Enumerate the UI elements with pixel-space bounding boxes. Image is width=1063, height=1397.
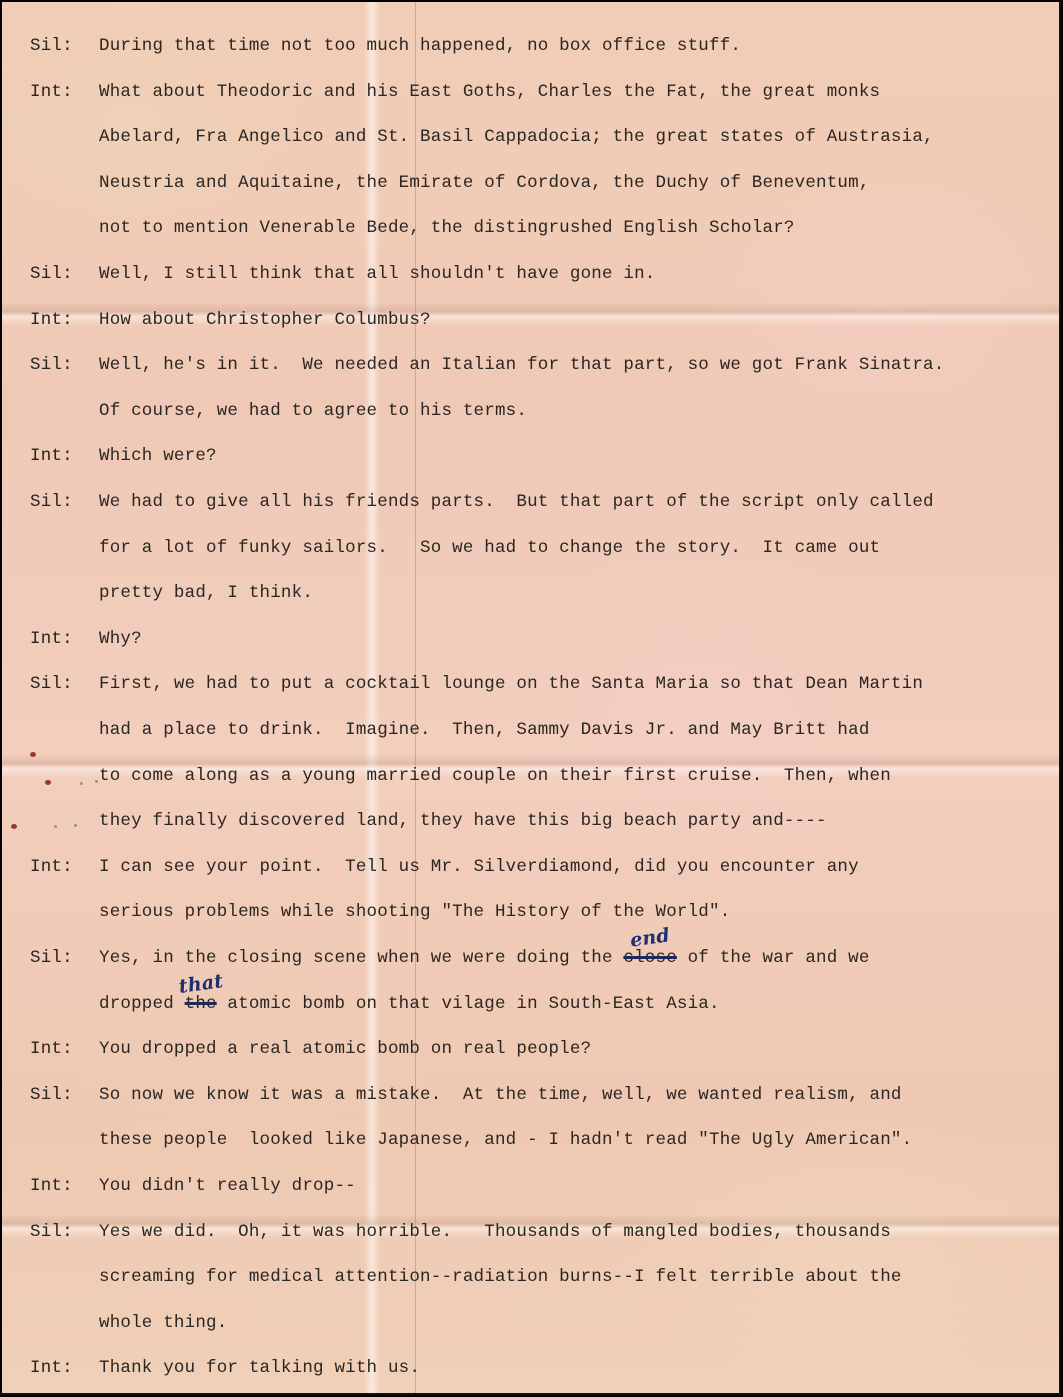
line-text: Thank you for talking with us.: [99, 1358, 420, 1378]
transcript-line: Sil:Yes, in the closing scene when we we…: [30, 946, 870, 970]
speaker-label: Sil:: [30, 34, 99, 58]
line-text: Neustria and Aquitaine, the Emirate of C…: [99, 173, 870, 193]
transcript-line: Int:How about Christopher Columbus?: [30, 308, 431, 332]
transcript-line: Of course, we had to agree to his terms.: [30, 399, 527, 423]
vertical-fold-crease: [364, 2, 380, 1393]
transcript-line: whole thing.: [30, 1311, 227, 1335]
transcript-line: Neustria and Aquitaine, the Emirate of C…: [30, 171, 870, 195]
line-text: So now we know it was a mistake. At the …: [99, 1085, 902, 1105]
speaker-label: Sil:: [30, 672, 99, 696]
transcript-line: serious problems while shooting "The His…: [30, 900, 730, 924]
line-text: You didn't really drop--: [99, 1176, 356, 1196]
transcript-line: pretty bad, I think.: [30, 581, 313, 605]
ink-stain: [30, 752, 36, 757]
line-text: Which were?: [99, 446, 217, 466]
speaker-label: Sil:: [30, 262, 99, 286]
line-text: for a lot of funky sailors. So we had to…: [99, 538, 880, 558]
transcript-line: Sil:We had to give all his friends parts…: [30, 490, 934, 514]
transcript-line: Abelard, Fra Angelico and St. Basil Capp…: [30, 125, 934, 149]
transcript-line: Sil:Well, he's in it. We needed an Itali…: [30, 353, 944, 377]
transcript-line: dropped thethat atomic bomb on that vila…: [30, 992, 720, 1016]
line-text: First, we had to put a cocktail lounge o…: [99, 674, 923, 694]
transcript-line: they finally discovered land, they have …: [30, 809, 827, 833]
line-text: not to mention Venerable Bede, the disti…: [99, 218, 795, 238]
transcript-line: Sil:During that time not too much happen…: [30, 34, 741, 58]
line-text: these people looked like Japanese, and -…: [99, 1130, 912, 1150]
line-text: You dropped a real atomic bomb on real p…: [99, 1039, 591, 1059]
line-text: How about Christopher Columbus?: [99, 310, 431, 330]
speaker-label: Int:: [30, 80, 99, 104]
line-text: I can see your point. Tell us Mr. Silver…: [99, 857, 859, 877]
line-text: Well, he's in it. We needed an Italian f…: [99, 355, 944, 375]
line-text: Well, I still think that all shouldn't h…: [99, 264, 656, 284]
line-text: pretty bad, I think.: [99, 583, 313, 603]
transcript-line: Sil:Yes we did. Oh, it was horrible. Tho…: [30, 1220, 891, 1244]
transcript-line: screaming for medical attention--radiati…: [30, 1265, 902, 1289]
transcript-line: Int:What about Theodoric and his East Go…: [30, 80, 880, 104]
transcript-line: had a place to drink. Imagine. Then, Sam…: [30, 718, 870, 742]
transcript-line: Int:Why?: [30, 627, 142, 651]
transcript-line: Int:You didn't really drop--: [30, 1174, 356, 1198]
ink-stain: [11, 824, 17, 829]
line-text: During that time not too much happened, …: [99, 36, 741, 56]
transcript-line: Int:Thank you for talking with us.: [30, 1356, 420, 1380]
line-text: serious problems while shooting "The His…: [99, 902, 730, 922]
speaker-label: Int:: [30, 1037, 99, 1061]
line-text: to come along as a young married couple …: [99, 766, 891, 786]
transcript-line: Int:I can see your point. Tell us Mr. Si…: [30, 855, 859, 879]
line-text: atomic bomb on that vilage in South-East…: [217, 994, 720, 1014]
line-text: of the war and we: [677, 948, 870, 968]
line-text: whole thing.: [99, 1313, 227, 1333]
line-text: they finally discovered land, they have …: [99, 811, 827, 831]
speaker-label: Sil:: [30, 353, 99, 377]
speaker-label: Int:: [30, 308, 99, 332]
speaker-label: Sil:: [30, 1220, 99, 1244]
line-text: Why?: [99, 629, 142, 649]
margin-rule-line: [415, 2, 416, 1393]
line-text: dropped: [99, 994, 185, 1014]
speaker-label: Sil:: [30, 490, 99, 514]
handwritten-correction: thethat: [185, 994, 217, 1014]
transcript-line: for a lot of funky sailors. So we had to…: [30, 536, 880, 560]
line-text: screaming for medical attention--radiati…: [99, 1267, 902, 1287]
speaker-label: Int:: [30, 855, 99, 879]
line-text: Yes we did. Oh, it was horrible. Thousan…: [99, 1222, 891, 1242]
transcript-line: these people looked like Japanese, and -…: [30, 1128, 912, 1152]
transcript-page: Sil:During that time not too much happen…: [2, 2, 1061, 1395]
speaker-label: Int:: [30, 627, 99, 651]
transcript-line: not to mention Venerable Bede, the disti…: [30, 216, 795, 240]
speaker-label: Int:: [30, 444, 99, 468]
line-text: Of course, we had to agree to his terms.: [99, 401, 527, 421]
transcript-line: Sil:So now we know it was a mistake. At …: [30, 1083, 902, 1107]
line-text: Yes, in the closing scene when we were d…: [99, 948, 623, 968]
line-text: Abelard, Fra Angelico and St. Basil Capp…: [99, 127, 934, 147]
speaker-label: Sil:: [30, 946, 99, 970]
transcript-line: Sil:Well, I still think that all shouldn…: [30, 262, 656, 286]
speaker-label: Int:: [30, 1174, 99, 1198]
transcript-line: Int:Which were?: [30, 444, 217, 468]
line-text: had a place to drink. Imagine. Then, Sam…: [99, 720, 870, 740]
speaker-label: Int:: [30, 1356, 99, 1380]
line-text: What about Theodoric and his East Goths,…: [99, 82, 880, 102]
transcript-line: to come along as a young married couple …: [30, 764, 891, 788]
speaker-label: Sil:: [30, 1083, 99, 1107]
transcript-line: Int:You dropped a real atomic bomb on re…: [30, 1037, 591, 1061]
transcript-line: Sil:First, we had to put a cocktail loun…: [30, 672, 923, 696]
line-text: We had to give all his friends parts. Bu…: [99, 492, 934, 512]
handwritten-correction: closeend: [623, 948, 677, 968]
